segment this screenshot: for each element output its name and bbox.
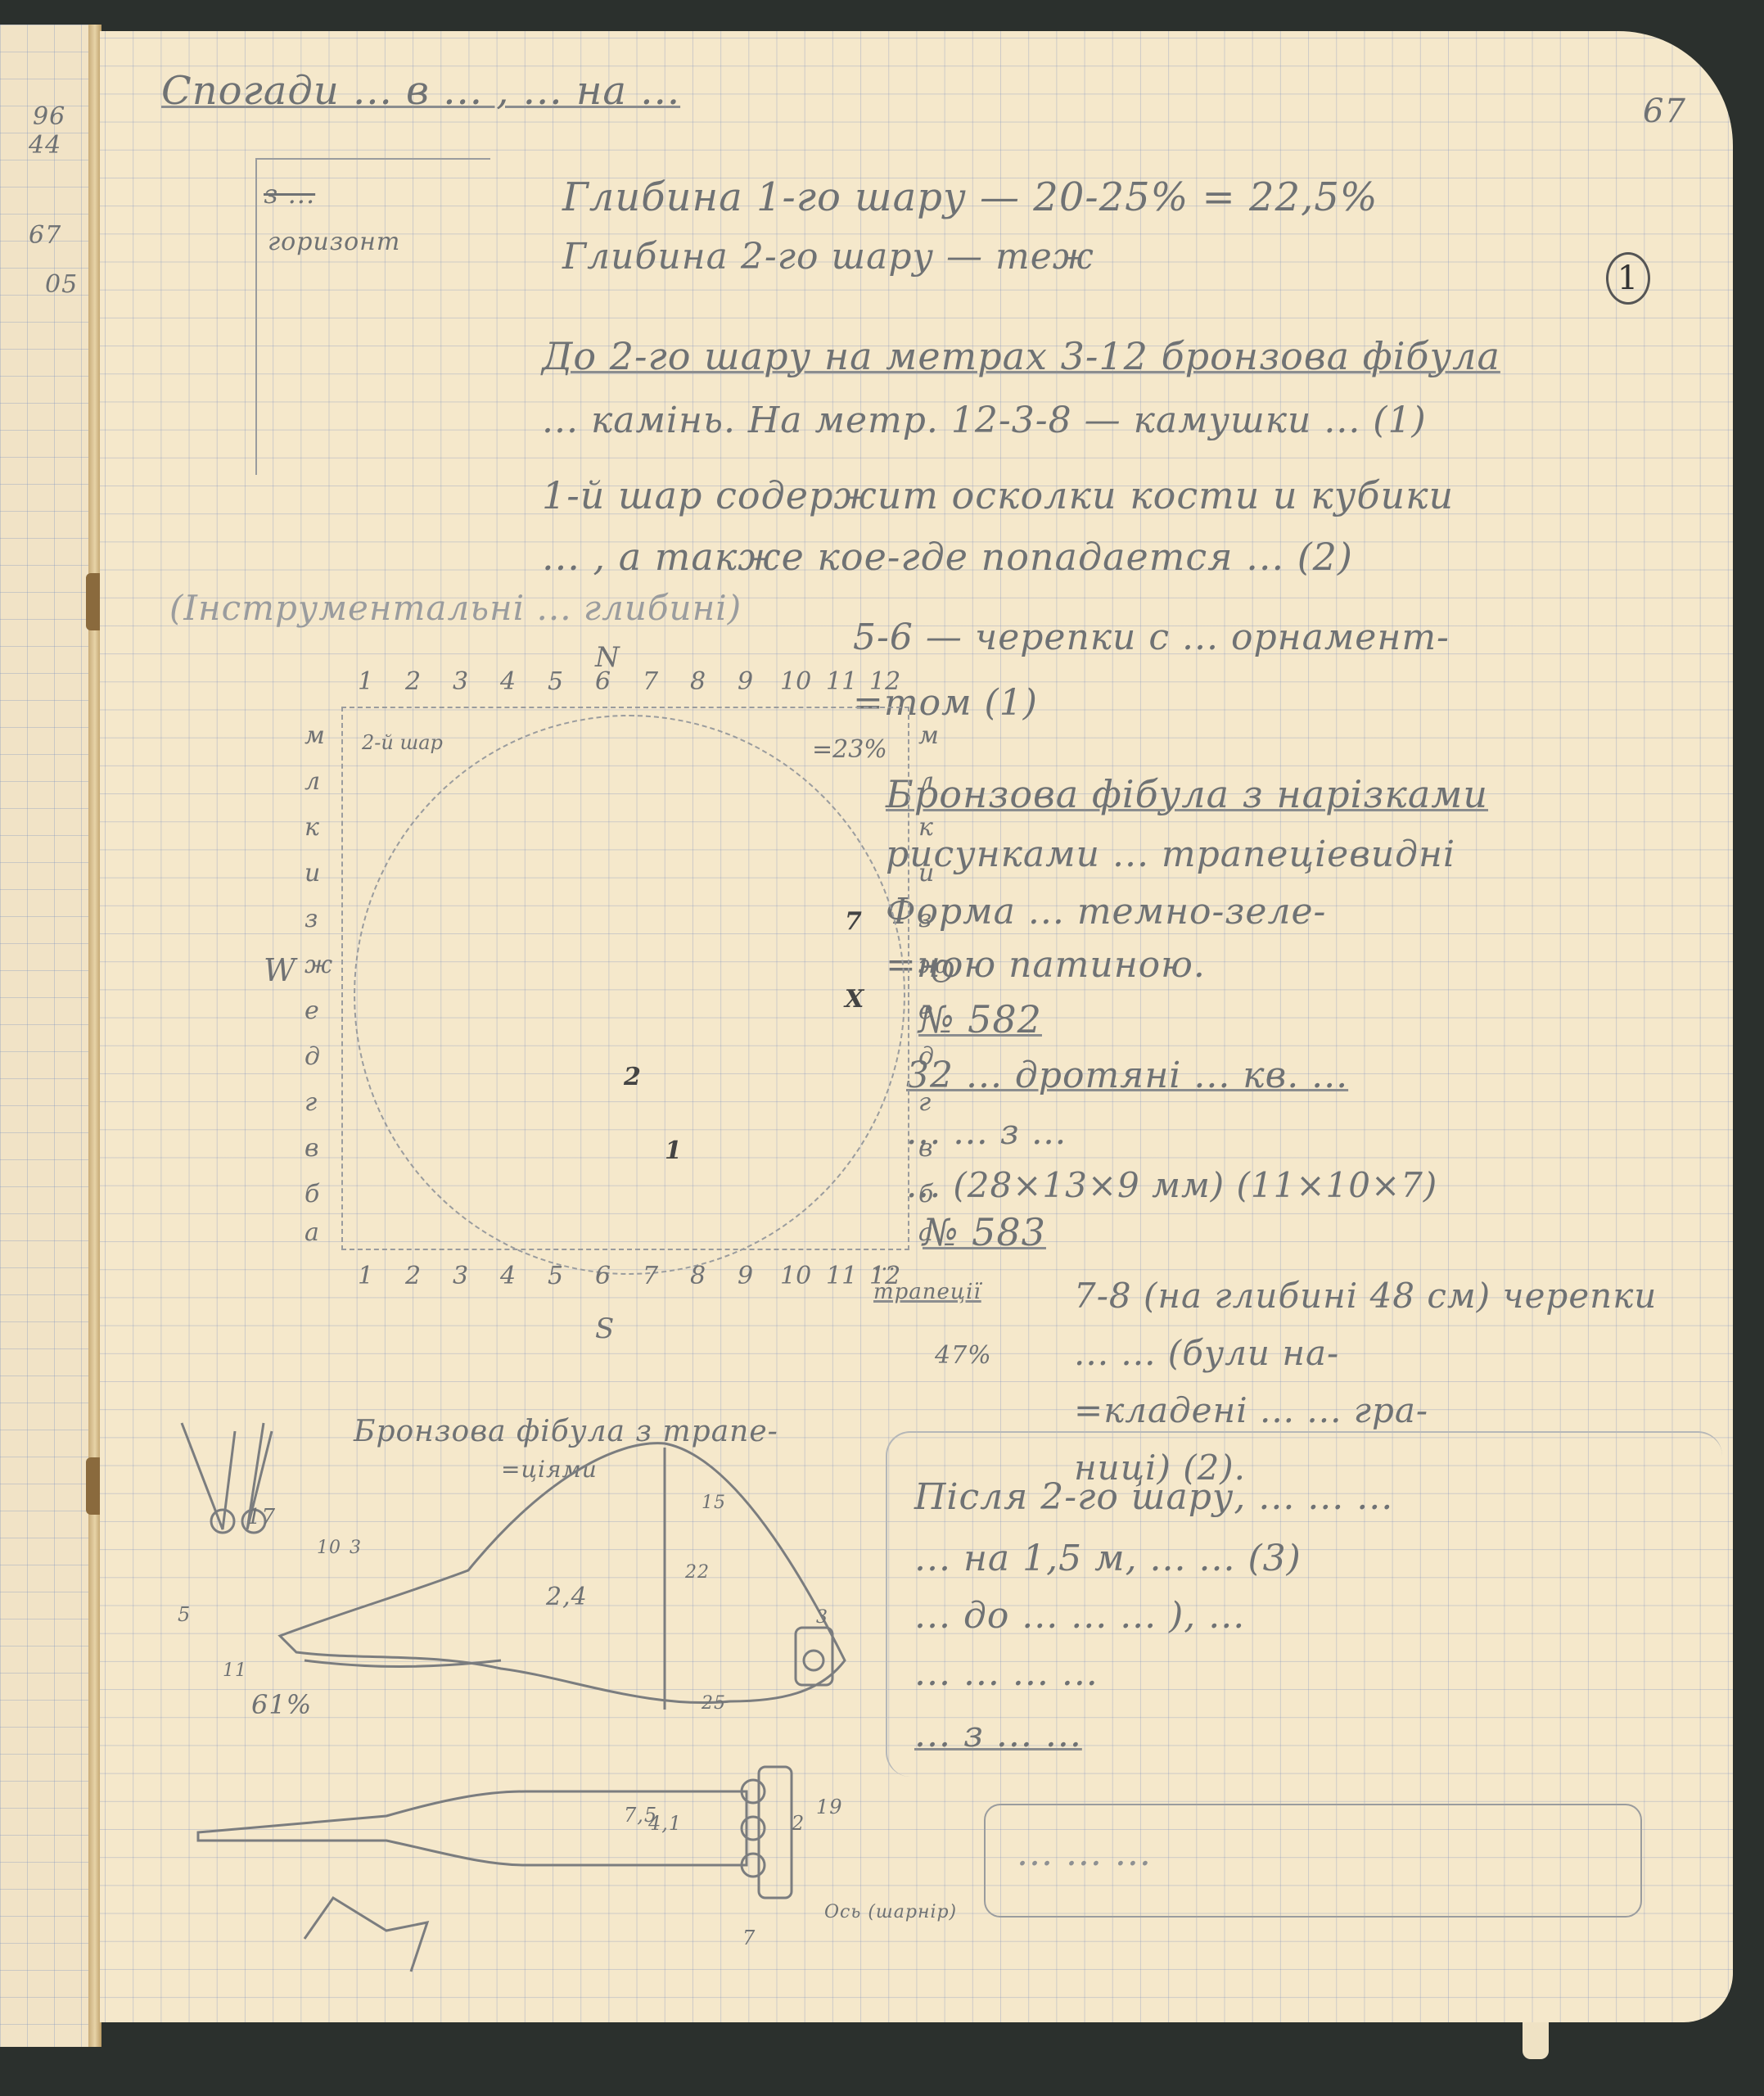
layer-label: 2-й шар (362, 731, 443, 754)
previous-page-fragment: 96 44 67 05 (0, 25, 92, 2047)
layer2-line3: ... до ... ... ... ), ... (914, 1595, 1245, 1637)
layer2-line5: ... з ... ... (914, 1714, 1082, 1755)
signature-text: ... ... ... (1017, 1832, 1152, 1874)
col-label: 11 (826, 667, 857, 696)
col-label: 1 (358, 1262, 373, 1290)
row-label: в (305, 1134, 318, 1163)
fibula-dim: 10 (317, 1538, 341, 1558)
pit-outline (354, 715, 905, 1275)
note-layer1-line2: ... , а также кое-где попадается ... (2) (542, 535, 1353, 579)
fibula-dim: 3 (816, 1607, 828, 1628)
row-label: д (918, 1042, 934, 1071)
col-label: 6 (595, 1262, 611, 1290)
layer2-line4: ... ... ... ... (914, 1652, 1099, 1694)
col-label: 8 (690, 1262, 706, 1290)
col-label: 7 (643, 667, 658, 696)
fibula-dim: 2,4 (546, 1583, 588, 1611)
col-label: 9 (738, 1262, 753, 1290)
note-layer2-line2: ... камінь. На метр. 12-3-8 — камушки ..… (542, 400, 1427, 441)
col-label: 2 (405, 667, 421, 696)
fibula-note-line2: рисунками ... трапеціевидні (886, 833, 1455, 875)
find-point: X (845, 985, 864, 1014)
depth-label: =23% (812, 735, 887, 764)
row-label: а (918, 1218, 933, 1247)
margin-number: 44 (29, 131, 61, 160)
compass-west: W (264, 952, 296, 988)
row-label: д (305, 1042, 320, 1071)
row-label: з (918, 905, 932, 933)
row-label: м (305, 721, 325, 750)
excavation-grid-diagram: N W O S 2-й шар =23% 1 2 3 4 5 6 7 8 9 1… (341, 707, 906, 1247)
row-label: б (305, 1180, 319, 1208)
row-label: к (918, 813, 933, 842)
col-label: 12 (869, 1262, 900, 1290)
row-label: ж (918, 951, 946, 979)
topview-dim: 2 (792, 1812, 805, 1835)
col-label: 3 (453, 1262, 468, 1290)
col-label: 9 (738, 667, 753, 696)
depth-layer-1: Глибина 1-го шару — 20-25% = 22,5% (562, 174, 1378, 220)
depth-layer-2: Глибина 2-го шару — теж (562, 236, 1094, 278)
col-label: 7 (643, 1262, 658, 1290)
col-label: 5 (548, 667, 563, 696)
fibula-dim: 17 (247, 1505, 276, 1529)
row-label: к (305, 813, 319, 842)
box-label-bottom: горизонт (268, 228, 400, 256)
topview-dim: 19 (816, 1796, 843, 1818)
box-label-top: з ... (264, 178, 315, 210)
col-label: 12 (869, 667, 900, 696)
fibula-dim: 5 (178, 1603, 191, 1626)
find-point: 2 (624, 1063, 641, 1091)
col-label: 10 (780, 667, 811, 696)
col-label: 4 (500, 1262, 516, 1290)
page-number-circled: 1 (1606, 252, 1650, 305)
bead-note-line1: 32 ... дротяні ... кв. ... (906, 1055, 1348, 1096)
topview-dim: 7 (742, 1927, 756, 1949)
find-point: 7 (845, 907, 862, 936)
sherd-note-line1: 5-6 — черепки с ... орнамент- (853, 617, 1450, 658)
note-layer1-line1: 1-й шар содержит осколки кости и кубики (542, 473, 1454, 517)
col-label: 5 (548, 1262, 563, 1290)
row-label: ж (305, 951, 332, 979)
col-label: 6 (595, 667, 611, 696)
row-label: а (305, 1218, 319, 1247)
margin-number: 05 (45, 270, 78, 299)
page-number-corner: 67 (1643, 93, 1686, 130)
fibula-dim: 22 (685, 1562, 710, 1583)
find-number-583: № 583 (923, 1210, 1046, 1254)
page-title: Спогади ... в ... , ... на ... (161, 68, 680, 114)
row-label: и (305, 859, 320, 888)
fibula-dim: 25 (702, 1693, 726, 1714)
note-layer2-line1: До 2-го шару на метрах 3-12 бронзова фіб… (542, 334, 1500, 378)
row-label: л (918, 767, 934, 796)
fibula-note-line1: Бронзова фібула з нарізками (886, 772, 1488, 816)
row-label: б (918, 1180, 933, 1208)
compass-south: S (595, 1312, 614, 1345)
layer2-line2: ... на 1,5 м, ... ... (3) (914, 1538, 1302, 1579)
col-label: 4 (500, 667, 516, 696)
col-label: 1 (358, 667, 373, 696)
row-label: з (305, 905, 318, 933)
sherd7-line2: ... ... (були на- (1074, 1333, 1339, 1373)
fibula-dim: 11 (223, 1660, 247, 1681)
row-label: е (305, 996, 319, 1025)
fibula-dim: 3 (350, 1538, 362, 1558)
instrument-note: (Інструментальні ... глибині) (169, 588, 742, 628)
margin-number: 96 (33, 102, 65, 131)
notebook-page: Спогади ... в ... , ... на ... 67 1 з ..… (100, 31, 1733, 2022)
find-point: 1 (665, 1136, 682, 1165)
layer2-line1: Після 2-го шару, ... ... ... (914, 1476, 1393, 1518)
col-label: 11 (826, 1262, 857, 1290)
row-label: в (918, 1134, 932, 1163)
col-label: 10 (780, 1262, 811, 1290)
page-tab (1523, 2022, 1549, 2059)
row-label: г (305, 1088, 317, 1117)
col-label: 3 (453, 667, 468, 696)
sherd7-line1: 7-8 (на глибині 48 см) черепки (1074, 1276, 1657, 1316)
col-label: 8 (690, 667, 706, 696)
bead-note-line3: ... (28×13×9 мм) (11×10×7) (906, 1165, 1437, 1205)
fibula-dim: 61% (251, 1689, 312, 1720)
row-label: е (918, 996, 933, 1025)
side-percent: 47% (935, 1341, 992, 1370)
axle-label: Ось (шарнір) (824, 1902, 957, 1922)
fibula-note-line3: Форма ... темно-зеле- (886, 891, 1326, 933)
sherd7-line3: =кладені ... ... гра- (1074, 1390, 1428, 1430)
topview-dim: 4,1 (648, 1812, 682, 1835)
col-label: 2 (405, 1262, 421, 1290)
margin-number: 67 (29, 221, 61, 250)
fibula-dim: 15 (702, 1493, 726, 1513)
row-label: м (918, 721, 939, 750)
row-label: л (305, 767, 320, 796)
row-label: г (918, 1088, 931, 1117)
row-label: и (918, 859, 934, 888)
find-number-582: № 582 (918, 997, 1042, 1041)
